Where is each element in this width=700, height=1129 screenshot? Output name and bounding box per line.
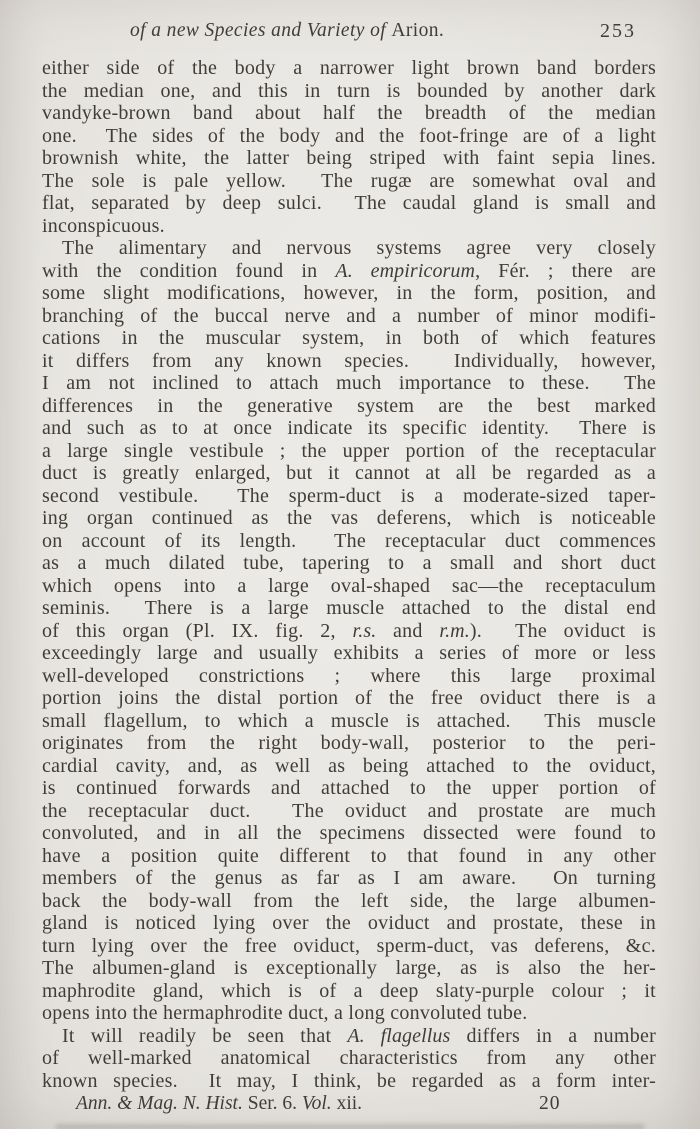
text-line: members of the genus as far as I am awar… xyxy=(42,867,656,890)
text-line: as a much dilated tube, tapering to a sm… xyxy=(42,552,656,575)
running-head-title: of a new Species and Variety of Arion. xyxy=(130,20,444,42)
text-line: it differs from any known species. Indiv… xyxy=(42,350,656,373)
paragraph: either side of the body a narrower light… xyxy=(42,57,656,237)
text-line: opens into the hermaphrodite duct, a lon… xyxy=(42,1002,656,1025)
text-line: duct is greatly enlarged, but it cannot … xyxy=(42,462,656,485)
text-line: brownish white, the latter being striped… xyxy=(42,147,656,170)
text-line: ing organ continued as the vas deferens,… xyxy=(42,507,656,530)
text-line: turn lying over the free oviduct, sperm-… xyxy=(42,935,656,958)
text-line: small flagellum, to which a muscle is at… xyxy=(42,710,656,733)
text-line: one. The sides of the body and the foot-… xyxy=(42,125,656,148)
running-head-title-italic: of a new Species and Variety of xyxy=(130,20,391,41)
text-line: have a position quite different to that … xyxy=(42,845,656,868)
text-line: gland is noticed lying over the oviduct … xyxy=(42,912,656,935)
text-line: with the condition found in A. empiricor… xyxy=(42,260,656,283)
running-head: of a new Species and Variety of Arion. 2… xyxy=(42,20,656,44)
text-line: portion joins the distal portion of the … xyxy=(42,687,656,710)
page-number: 253 xyxy=(600,20,636,43)
text-line: I am not inclined to attach much importa… xyxy=(42,372,656,395)
page-body: either side of the body a narrower light… xyxy=(42,57,656,1092)
text-line: second vestibule. The sperm-duct is a mo… xyxy=(42,485,656,508)
paragraph: It will readily be seen that A. flagellu… xyxy=(42,1025,656,1093)
text-line: the median one, and this in turn is boun… xyxy=(42,80,656,103)
text-line: and such as to at once indicate its spec… xyxy=(42,417,656,440)
text-line: which opens into a large oval-shaped sac… xyxy=(42,575,656,598)
text-line: branching of the buccal nerve and a numb… xyxy=(42,305,656,328)
text-line: inconspicuous. xyxy=(42,215,656,238)
scan-bottom-smudge xyxy=(56,1122,644,1129)
text-line: is continued forwards and attached to th… xyxy=(42,777,656,800)
scanned-journal-page: of a new Species and Variety of Arion. 2… xyxy=(0,0,700,1129)
text-line: of well-marked anatomical characteristic… xyxy=(42,1047,656,1070)
text-line: flat, separated by deep sulci. The cauda… xyxy=(42,192,656,215)
text-line: maphrodite gland, which is of a deep sla… xyxy=(42,980,656,1003)
paragraph: The alimentary and nervous systems agree… xyxy=(42,237,656,1025)
text-line: a large single vestibule ; the upper por… xyxy=(42,440,656,463)
text-line: back the body-wall from the left side, t… xyxy=(42,890,656,913)
text-line: cardial cavity, and, as well as being at… xyxy=(42,755,656,778)
text-line: on account of its length. The receptacul… xyxy=(42,530,656,553)
text-line: exceedingly large and usually exhibits a… xyxy=(42,642,656,665)
text-line: The albumen-gland is exceptionally large… xyxy=(42,957,656,980)
text-line: convoluted, and in all the specimens dis… xyxy=(42,822,656,845)
page-footer: Ann. & Mag. N. Hist. Ser. 6. Vol. xii. 2… xyxy=(42,1093,656,1117)
text-line: seminis. There is a large muscle attache… xyxy=(42,597,656,620)
text-line: the receptacular duct. The oviduct and p… xyxy=(42,800,656,823)
text-line: of this organ (Pl. IX. fig. 2, r.s. and … xyxy=(42,620,656,643)
text-line: originates from the right body-wall, pos… xyxy=(42,732,656,755)
text-line: The alimentary and nervous systems agree… xyxy=(42,237,656,260)
text-line: some slight modifications, however, in t… xyxy=(42,282,656,305)
text-line: The sole is pale yellow. The rugæ are so… xyxy=(42,170,656,193)
text-line: vandyke-brown band about half the breadt… xyxy=(42,102,656,125)
footer-signature-number: 20 xyxy=(539,1093,561,1115)
text-line: well-developed constrictions ; where thi… xyxy=(42,665,656,688)
text-line: It will readily be seen that A. flagellu… xyxy=(42,1025,656,1048)
text-line: known species. It may, I think, be regar… xyxy=(42,1070,656,1093)
text-line: either side of the body a narrower light… xyxy=(42,57,656,80)
footer-imprint: Ann. & Mag. N. Hist. Ser. 6. Vol. xii. xyxy=(76,1093,362,1115)
running-head-title-roman: Arion. xyxy=(391,20,444,41)
text-line: cations in the muscular system, in both … xyxy=(42,327,656,350)
text-line: differences in the generative system are… xyxy=(42,395,656,418)
